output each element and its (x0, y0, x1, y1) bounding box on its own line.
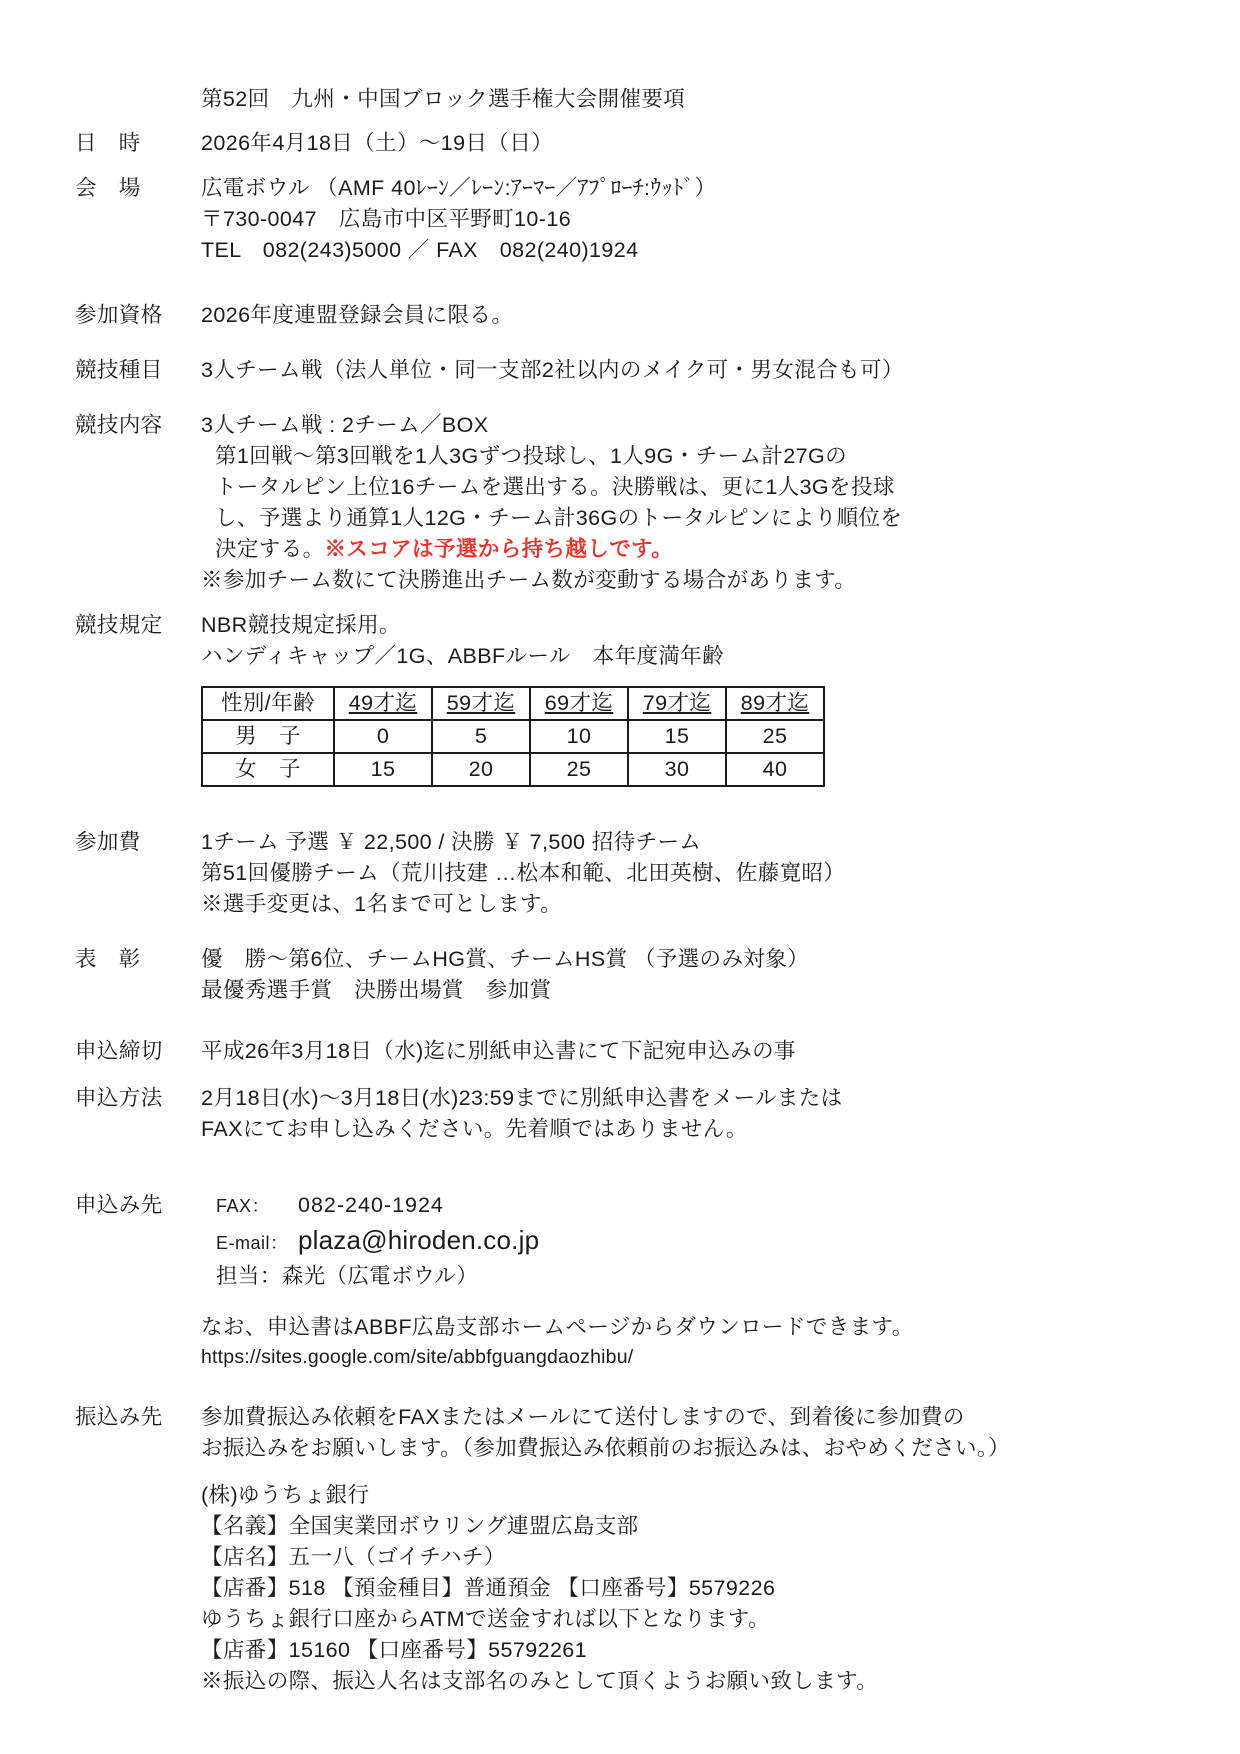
text-line: ※参加チーム数にて決勝進出チーム数が変動する場合があります。 (201, 565, 1185, 596)
table-cell: 15 (334, 753, 432, 786)
section-rules: 競技規定 NBR競技規定採用。 ハンディキャップ／1G、ABBFルール 本年度満… (75, 610, 1185, 787)
table-header-cell: 59才迄 (432, 687, 530, 720)
venue-name: 広電ボウル （AMF 40ﾚｰﾝ／ﾚｰﾝ:ｱｰﾏｰ／ｱﾌﾟﾛｰﾁ:ｳｯﾄﾞ） (201, 173, 1185, 204)
table-header-cell: 69才迄 (530, 687, 628, 720)
header-text: 89才迄 (741, 691, 810, 715)
text-line: ※選手変更は、1名まで可とします。 (201, 889, 1185, 920)
section-deadline: 申込締切 平成26年3月18日（水)迄に別紙申込書にて下記宛申込みの事 (75, 1036, 1185, 1067)
section-label: 参加資格 (75, 300, 201, 331)
section-apply-method: 申込方法 2月18日(水)～3月18日(水)23:59までに別紙申込書をメールま… (75, 1083, 1185, 1145)
table-header-row: 性別/年齢 49才迄 59才迄 69才迄 79才迄 89才迄 (202, 687, 824, 720)
text-fragment: 決定する。 (215, 537, 325, 561)
section-label: 競技内容 (75, 410, 201, 441)
text-line: トータルピン上位16チームを選出する。決勝戦は、更に1人3Gを投球 (201, 472, 1185, 503)
table-header-cell: 89才迄 (726, 687, 824, 720)
table-row: 男 子 0 5 10 15 25 (202, 720, 824, 753)
download-note: なお、申込書はABBF広島支部ホームページからダウンロードできます。 (201, 1312, 1185, 1343)
text-line: 最優秀選手賞 決勝出場賞 参加賞 (201, 975, 1185, 1006)
section-label: 競技規定 (75, 610, 201, 641)
handicap-table: 性別/年齢 49才迄 59才迄 69才迄 79才迄 89才迄 男 子 0 5 1… (201, 686, 825, 787)
table-cell: 40 (726, 753, 824, 786)
table-cell: 5 (432, 720, 530, 753)
text-line: ハンディキャップ／1G、ABBFルール 本年度満年齢 (201, 641, 1185, 672)
fax-line: FAX：082-240-1924 (201, 1190, 1185, 1222)
table-cell: 0 (334, 720, 432, 753)
table-cell: 25 (530, 753, 628, 786)
section-datetime: 日 時 2026年4月18日（土）～19日（日） (75, 128, 1185, 159)
section-label: 会 場 (75, 173, 201, 204)
document-page: 第52回 九州・中国ブロック選手権大会開催要項 日 時 2026年4月18日（土… (0, 0, 1240, 1754)
contact-person: 担当：森光（広電ボウル） (201, 1261, 1185, 1292)
title-row: 第52回 九州・中国ブロック選手権大会開催要項 (75, 84, 1185, 115)
table-header-cell: 49才迄 (334, 687, 432, 720)
transfer-note: ※振込の際、振込人名は支部名のみとして頂くようお願い致します。 (201, 1666, 1185, 1697)
bank-atm-note: ゆうちょ銀行口座からATMで送金すれば以下となります。 (201, 1604, 1185, 1635)
section-awards: 表 彰 優 勝～第6位、チームHG賞、チームHS賞 （予選のみ対象） 最優秀選手… (75, 944, 1185, 1006)
text-line: 優 勝～第6位、チームHG賞、チームHS賞 （予選のみ対象） (201, 944, 1185, 975)
apply-to-content: FAX：082-240-1924 E-mail：plaza@hiroden.co… (201, 1190, 1185, 1372)
table-cell: 15 (628, 720, 726, 753)
section-eligibility: 参加資格 2026年度連盟登録会員に限る。 (75, 300, 1185, 331)
section-event-type: 競技種目 3人チーム戦（法人単位・同一支部2社以内のメイク可・男女混合も可） (75, 355, 1185, 386)
text-line: 参加費振込み依頼をFAXまたはメールにて送付しますので、到着後に参加費の (201, 1402, 1185, 1433)
section-venue: 会 場 広電ボウル （AMF 40ﾚｰﾝ／ﾚｰﾝ:ｱｰﾏｰ／ｱﾌﾟﾛｰﾁ:ｳｯﾄ… (75, 173, 1185, 266)
payment-content: 参加費振込み依頼をFAXまたはメールにて送付しますので、到着後に参加費の お振込… (201, 1402, 1185, 1697)
rules-content: NBR競技規定採用。 ハンディキャップ／1G、ABBFルール 本年度満年齢 性別… (201, 610, 1185, 787)
eligibility-value: 2026年度連盟登録会員に限る。 (201, 300, 1185, 331)
table-row: 女 子 15 20 25 30 40 (202, 753, 824, 786)
table-cell: 25 (726, 720, 824, 753)
email-address: plaza@hiroden.co.jp (298, 1225, 539, 1255)
header-text: 69才迄 (545, 691, 614, 715)
venue-address: 〒730-0047 広島市中区平野町10-16 (201, 204, 1185, 235)
section-label: 競技種目 (75, 355, 201, 386)
datetime-value: 2026年4月18日（土）～19日（日） (201, 128, 1185, 159)
table-header-cell: 79才迄 (628, 687, 726, 720)
table-cell: 20 (432, 753, 530, 786)
bank-name: (株)ゆうちょ銀行 (201, 1480, 1185, 1511)
table-header-cell: 性別/年齢 (202, 687, 334, 720)
text-line: 第1回戦～第3回戦を1人3Gずつ投球し、1人9G・チーム計27Gの (201, 441, 1185, 472)
email-label: E-mail： (216, 1225, 298, 1261)
section-label: 日 時 (75, 128, 201, 159)
fax-number: 082-240-1924 (298, 1193, 444, 1217)
highlight-note: ※スコアは予選から持ち越しです。 (325, 537, 674, 561)
section-label: 振込み先 (75, 1402, 201, 1433)
header-text: 79才迄 (643, 691, 712, 715)
document-title: 第52回 九州・中国ブロック選手権大会開催要項 (201, 84, 1185, 115)
table-cell: 10 (530, 720, 628, 753)
section-label: 申込み先 (75, 1190, 201, 1221)
bank-atm-account: 【店番】15160 【口座番号】55792261 (201, 1635, 1185, 1666)
section-label: 申込締切 (75, 1036, 201, 1067)
text-line: お振込みをお願いします。（参加費振込み依頼前のお振込みは、おやめください。） (201, 1433, 1185, 1464)
header-text: 49才迄 (349, 691, 418, 715)
fee-content: 1チーム 予選 ￥ 22,500 / 決勝 ￥ 7,500 招待チーム 第51回… (201, 827, 1185, 920)
text-line: NBR競技規定採用。 (201, 610, 1185, 641)
section-label: 参加費 (75, 827, 201, 858)
event-type-value: 3人チーム戦（法人単位・同一支部2社以内のメイク可・男女混合も可） (201, 355, 1185, 386)
section-payment: 振込み先 参加費振込み依頼をFAXまたはメールにて送付しますので、到着後に参加費… (75, 1402, 1185, 1697)
awards-content: 優 勝～第6位、チームHG賞、チームHS賞 （予選のみ対象） 最優秀選手賞 決勝… (201, 944, 1185, 1006)
website-url: https://sites.google.com/site/abbfguangd… (201, 1343, 1185, 1372)
apply-method-content: 2月18日(水)～3月18日(水)23:59までに別紙申込書をメールまたは FA… (201, 1083, 1185, 1145)
text-line: 第51回優勝チーム（荒川技建 …松本和範、北田英樹、佐藤寛昭） (201, 858, 1185, 889)
event-detail-content: 3人チーム戦 : 2チーム／BOX 第1回戦～第3回戦を1人3Gずつ投球し、1人… (201, 410, 1185, 596)
bank-branch-name: 【店名】五一八（ゴイチハチ） (201, 1542, 1185, 1573)
table-cell: 30 (628, 753, 726, 786)
text-line: 3人チーム戦 : 2チーム／BOX (201, 410, 1185, 441)
text-line: 2月18日(水)～3月18日(水)23:59までに別紙申込書をメールまたは (201, 1083, 1185, 1114)
deadline-value: 平成26年3月18日（水)迄に別紙申込書にて下記宛申込みの事 (201, 1036, 1185, 1067)
text-line: 1チーム 予選 ￥ 22,500 / 決勝 ￥ 7,500 招待チーム (201, 827, 1185, 858)
bank-account-info: 【店番】518 【預金種目】普通預金 【口座番号】5579226 (201, 1573, 1185, 1604)
text-line: し、予選より通算1人12G・チーム計36Gのトータルピンにより順位を (201, 503, 1185, 534)
header-text: 59才迄 (447, 691, 516, 715)
text-line: FAXにてお申し込みください。先着順ではありません。 (201, 1114, 1185, 1145)
section-label: 表 彰 (75, 944, 201, 975)
section-apply-to: 申込み先 FAX：082-240-1924 E-mail：plaza@hirod… (75, 1190, 1185, 1372)
email-row: E-mail：plaza@hiroden.co.jp (201, 1222, 1185, 1261)
section-event-detail: 競技内容 3人チーム戦 : 2チーム／BOX 第1回戦～第3回戦を1人3Gずつ投… (75, 410, 1185, 596)
fax-label: FAX： (216, 1191, 298, 1222)
venue-content: 広電ボウル （AMF 40ﾚｰﾝ／ﾚｰﾝ:ｱｰﾏｰ／ｱﾌﾟﾛｰﾁ:ｳｯﾄﾞ） 〒… (201, 173, 1185, 266)
row-label: 男 子 (202, 720, 334, 753)
venue-phone: TEL 082(243)5000 ／ FAX 082(240)1924 (201, 235, 1185, 266)
bank-account-holder: 【名義】全国実業団ボウリング連盟広島支部 (201, 1511, 1185, 1542)
section-label: 申込方法 (75, 1083, 201, 1114)
section-fee: 参加費 1チーム 予選 ￥ 22,500 / 決勝 ￥ 7,500 招待チーム … (75, 827, 1185, 920)
row-label: 女 子 (202, 753, 334, 786)
text-line: 決定する。※スコアは予選から持ち越しです。 (201, 534, 1185, 565)
